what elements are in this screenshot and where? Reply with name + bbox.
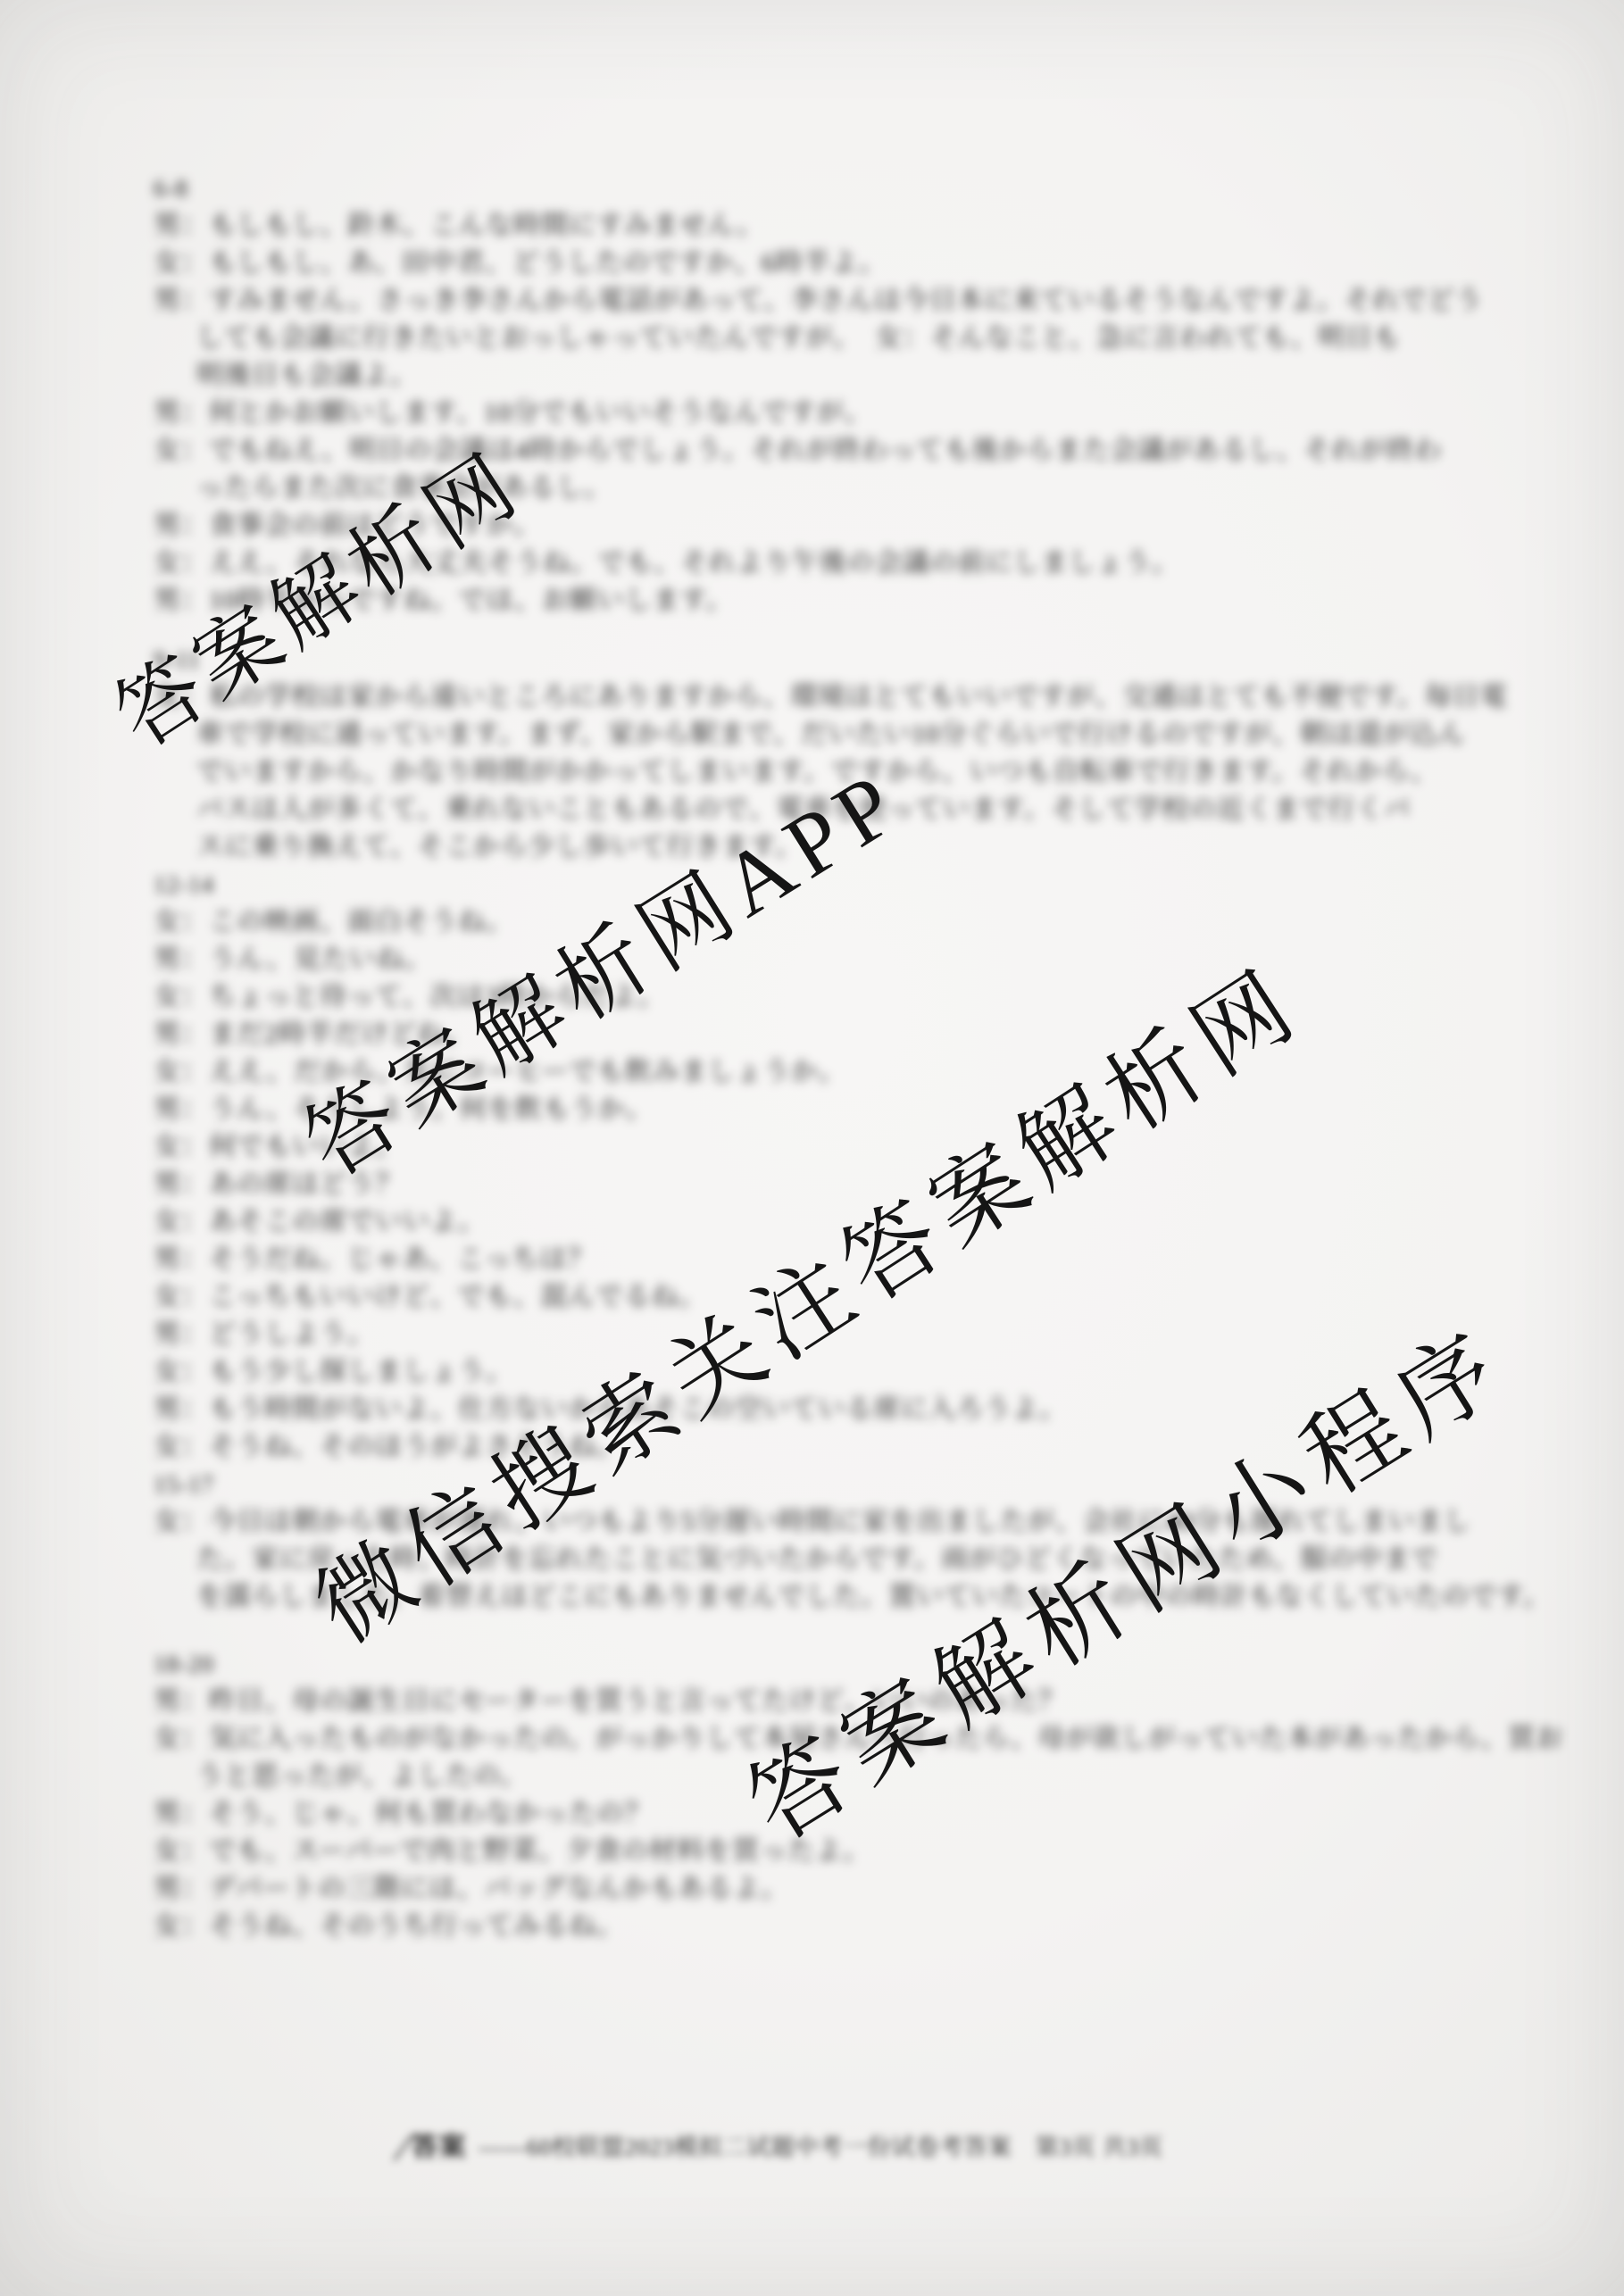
transcript-line: 女：この映画、面白そうね。: [154, 903, 1475, 941]
transcript-line: 車で学校に通っています。まず、家から駅まで、だいたい10分ぐらいで行けるのですが…: [196, 716, 1475, 753]
transcript-line: 女：あそこの席でいいよ。: [154, 1203, 1475, 1241]
transcript-line: 女：もしもし、あ、田中君、どうしたのですか、6時半よ。: [154, 245, 1475, 282]
transcript-line: しても会議に行きたいとおっしゃっていたんですが。 女：そんなこと、急に言われても…: [196, 320, 1475, 357]
page-footer: ∕ 答案 ——60校联盟2023模拟二试题中考一份试卷考答案 第3页 共3页: [400, 2128, 1163, 2167]
transcript-line: 女：そうね、そのうち行ってみるね。: [154, 1908, 1475, 1945]
section-label: 9-11: [154, 641, 1475, 678]
section-label: 6-8: [154, 170, 1475, 207]
transcript-line: 女：私の学校は家から遠いところにありますから、環境はとてもいいですが、交通はとて…: [154, 678, 1475, 716]
document-page: 6-8 男：もしもし、鈴木、こんな時間にすみません。女：もしもし、あ、田中君、ど…: [0, 0, 1624, 2296]
transcript-line: 男：もしもし、鈴木、こんな時間にすみません。: [154, 207, 1475, 245]
transcript-line: 女：でもねえ、明日の会議は4時からでしょう。それが終わっても後からまた会議がある…: [154, 432, 1475, 470]
footer-title: ——60校联盟2023模拟二试题中考一份试卷考答案: [479, 2128, 1012, 2167]
transcript-line: 男：すみません。さっき李さんから電話があって、李さんは今日本に来ているそうなんで…: [154, 282, 1475, 320]
transcript-line: 男：もう時間がないよ、仕方ないからあそこの空いている席に入ろうよ。: [154, 1391, 1475, 1428]
transcript-line: 男：何とかお願いします、10分でもいいそうなんですが。: [154, 395, 1475, 432]
footer-logo-mark: ∕: [400, 2128, 407, 2167]
transcript-line: 男：昨日、母の誕生日にセーターを買うと言ってたけど、いいのあった？: [154, 1683, 1475, 1720]
transcript-line: 男：デパートの三階には、バッグなんかもあるよ。: [154, 1870, 1475, 1908]
transcript-line: 明後日も会議よ。: [196, 357, 1475, 395]
footer-brand: 答案: [411, 2128, 466, 2167]
footer-page-number: 第3页 共3页: [1035, 2128, 1163, 2167]
